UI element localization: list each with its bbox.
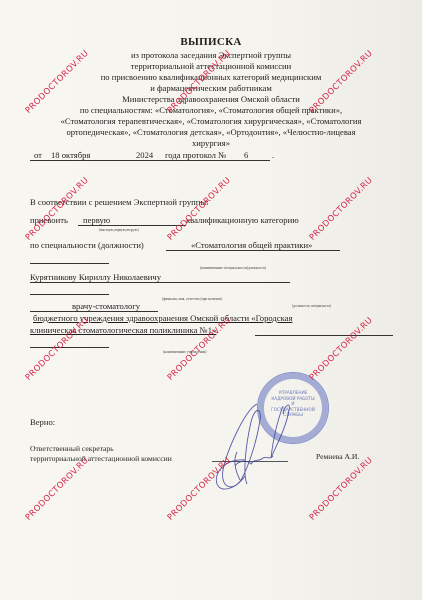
protocol-number: 6	[244, 150, 248, 160]
watermark: PRODOCTOROV.RU	[307, 175, 374, 242]
institution-line-2: клиническая стоматологическая поликлиник…	[30, 325, 216, 335]
position-caption: (должность специалиста)	[292, 304, 331, 308]
verified-label: Верно:	[30, 417, 55, 427]
protocol-suffix: .	[272, 150, 274, 160]
header-line-7: «Стоматология терапевтическая», «Стомато…	[0, 116, 422, 127]
protocol-year: 2024	[136, 150, 153, 160]
institution-line-1: бюджетного учреждения здравоохранения Ом…	[33, 313, 292, 323]
header-line-5: Министерства здравоохранения Омской обла…	[0, 94, 422, 105]
protocol-prefix: от	[34, 150, 42, 160]
signatory-role-line-2: территориальной аттестационной комиссии	[30, 454, 172, 463]
header-line-6: по специальностям: «Стоматология», «Стом…	[0, 105, 422, 116]
specialty-caption: (наименование специальности(должности)	[200, 266, 266, 270]
position-value: врачу-стоматологу	[72, 301, 140, 311]
protocol-date: 18 октября	[51, 150, 90, 160]
document-page: ВЫПИСКА из протокола заседания Экспертно…	[0, 0, 422, 600]
document-title: ВЫПИСКА	[0, 36, 422, 48]
specialty-value: «Стоматология общей практики»	[191, 240, 312, 250]
watermark: PRODOCTOROV.RU	[23, 455, 90, 522]
header-line-8: ортопедическая», «Стоматология детская»,…	[0, 127, 422, 138]
person-caption: (фамилия, имя, отчество (при наличии)	[162, 297, 222, 301]
watermark: PRODOCTOROV.RU	[23, 175, 90, 242]
person-name: Курятникову Кириллу Николаевичу	[30, 272, 161, 282]
signatory-role-line-1: Ответственный секретарь	[30, 444, 114, 453]
signature-icon	[205, 400, 315, 495]
assign-category-caption: (высшую,первую,вторую)	[99, 228, 139, 232]
watermark: PRODOCTOROV.RU	[307, 455, 374, 522]
protocol-mid: года протокол №	[165, 150, 226, 160]
header-line-4: и фармацевтическим работникам	[0, 83, 422, 94]
watermark: PRODOCTOROV.RU	[307, 315, 374, 382]
signatory-name: Ремнева А.И.	[316, 452, 359, 461]
specialty-label: по специальности (должности)	[30, 240, 144, 250]
assign-category: первую	[83, 215, 110, 225]
assign-suffix: квалификационную категорию	[186, 215, 299, 225]
watermark: PRODOCTOROV.RU	[165, 175, 232, 242]
header-line-9: хирургия»	[0, 138, 422, 149]
